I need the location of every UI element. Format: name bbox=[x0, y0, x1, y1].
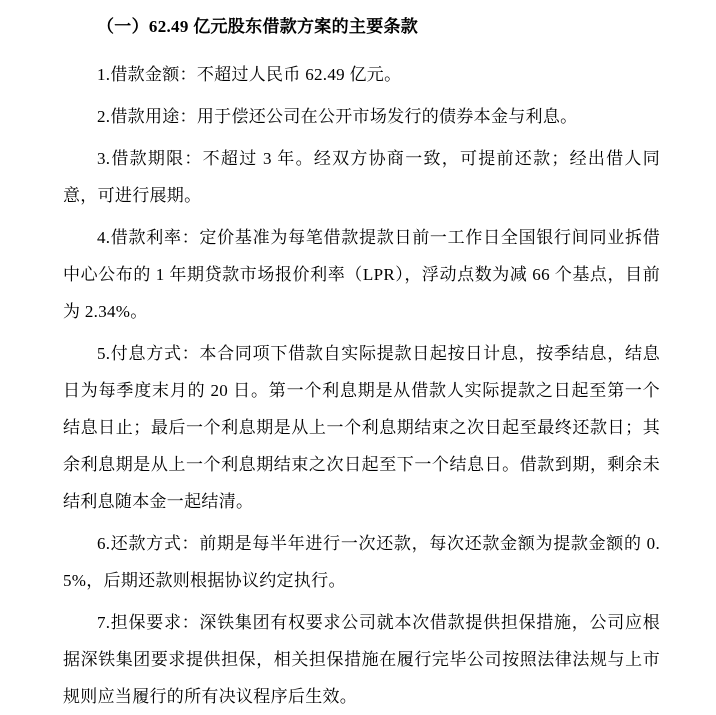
clause-3-loan-term: 3.借款期限：不超过 3 年。经双方协商一致，可提前还款；经出借人同意，可进行展… bbox=[63, 140, 660, 214]
clause-1-loan-amount: 1.借款金额：不超过人民币 62.49 亿元。 bbox=[63, 56, 660, 93]
clause-4-interest-rate: 4.借款利率：定价基准为每笔借款提款日前一工作日全国银行间同业拆借中心公布的 1… bbox=[63, 219, 660, 330]
clause-5-interest-payment-method: 5.付息方式：本合同项下借款自实际提款日起按日计息，按季结息，结息日为每季度末月… bbox=[63, 335, 660, 520]
clause-6-repayment-method: 6.还款方式：前期是每半年进行一次还款，每次还款金额为提款金额的 0.5%，后期… bbox=[63, 525, 660, 599]
document-page: （一）62.49 亿元股东借款方案的主要条款 1.借款金额：不超过人民币 62.… bbox=[0, 0, 716, 715]
clause-2-loan-purpose: 2.借款用途：用于偿还公司在公开市场发行的债券本金与利息。 bbox=[63, 98, 660, 135]
clause-7-guarantee-requirement: 7.担保要求：深铁集团有权要求公司就本次借款提供担保措施，公司应根据深铁集团要求… bbox=[63, 604, 660, 715]
section-heading: （一）62.49 亿元股东借款方案的主要条款 bbox=[63, 8, 660, 45]
